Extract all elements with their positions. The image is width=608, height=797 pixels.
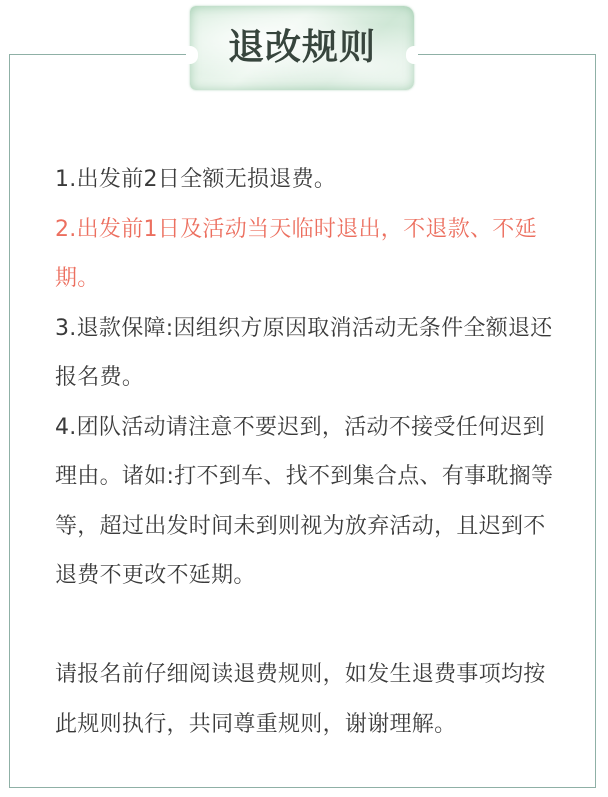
title-badge: 退改规则 xyxy=(190,6,414,90)
rule-item-4: 4.团队活动请注意不要迟到，活动不接受任何迟到理由。诸如:打不到车、找不到集合点… xyxy=(55,403,560,601)
rule-item-2: 2.出发前1日及活动当天临时退出，不退款、不延期。 xyxy=(55,205,560,304)
page-title: 退改规则 xyxy=(190,24,414,72)
closing-note: 请报名前仔细阅读退费规则，如发生退费事项均按此规则执行，共同尊重规则，谢谢理解。 xyxy=(55,650,560,749)
rules-content: 1.出发前2日全额无损退费。 2.出发前1日及活动当天临时退出，不退款、不延期。… xyxy=(55,155,560,749)
rule-item-3: 3.退款保障:因组织方原因取消活动无条件全额退还报名费。 xyxy=(55,304,560,403)
rule-item-1: 1.出发前2日全额无损退费。 xyxy=(55,155,560,205)
spacer xyxy=(55,601,560,651)
